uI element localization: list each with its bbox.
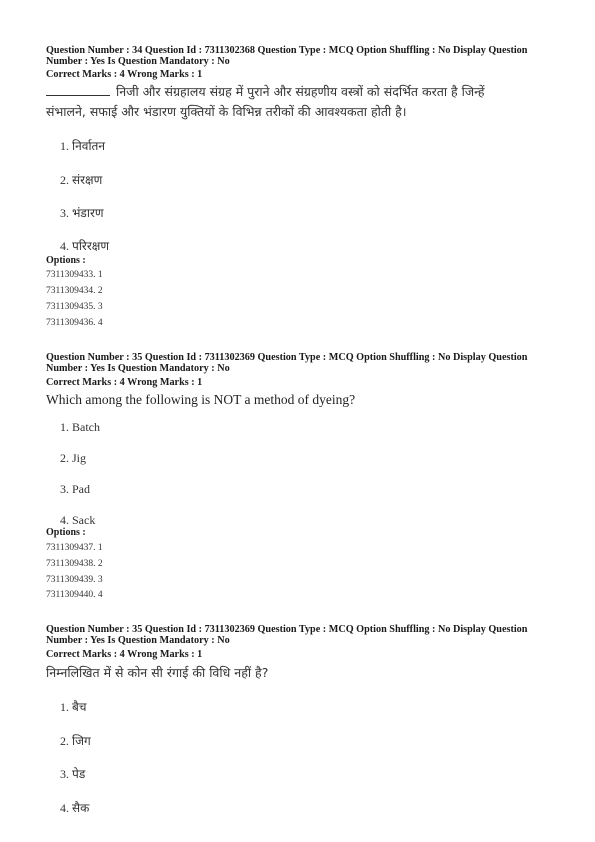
option-number: 2.	[60, 734, 69, 748]
question-text: Which among the following is NOT a metho…	[46, 391, 355, 409]
question-header-line1: Question Number : 35 Question Id : 73113…	[46, 624, 527, 635]
option-text: बैच	[72, 700, 86, 714]
option-text: जिग	[72, 734, 91, 748]
option-id: 7311309434. 2	[46, 286, 103, 296]
option-2: 2. संरक्षण	[60, 171, 102, 188]
option-id: 7311309438. 2	[46, 559, 103, 569]
question-text-line2: संभालने, सफाई और भंडारण युक्तियों के विभ…	[46, 103, 407, 121]
option-1: 1. निर्वातन	[60, 137, 105, 154]
option-2: 2. जिग	[60, 732, 91, 749]
option-2: 2. Jig	[60, 451, 86, 466]
option-text: पेड	[72, 767, 85, 781]
option-id: 7311309440. 4	[46, 590, 103, 600]
option-number: 1.	[60, 139, 69, 153]
question-marks: Correct Marks : 4 Wrong Marks : 1	[46, 69, 202, 80]
option-text: Sack	[72, 513, 95, 527]
option-number: 4.	[60, 801, 69, 815]
option-number: 4.	[60, 239, 69, 253]
option-id: 7311309437. 1	[46, 543, 103, 553]
option-number: 1.	[60, 700, 69, 714]
option-3: 3. Pad	[60, 482, 90, 497]
question-header-line2: Number : Yes Is Question Mandatory : No	[46, 56, 230, 67]
question-marks: Correct Marks : 4 Wrong Marks : 1	[46, 377, 202, 388]
option-1: 1. Batch	[60, 420, 100, 435]
option-number: 1.	[60, 420, 69, 434]
question-text-line1: निजी और संग्रहालय संग्रह में पुराने और स…	[46, 83, 485, 101]
option-number: 3.	[60, 482, 69, 496]
option-id: 7311309439. 3	[46, 575, 103, 585]
option-4: 4. सैक	[60, 799, 89, 816]
options-label: Options :	[46, 527, 86, 538]
option-4: 4. परिरक्षण	[60, 237, 109, 254]
question-header-line1: Question Number : 35 Question Id : 73113…	[46, 352, 527, 363]
question-text: निजी और संग्रहालय संग्रह में पुराने और स…	[116, 84, 485, 99]
fill-in-blank	[46, 83, 110, 96]
option-number: 3.	[60, 767, 69, 781]
option-text: Jig	[72, 451, 86, 465]
option-text: संरक्षण	[72, 173, 102, 187]
option-number: 2.	[60, 451, 69, 465]
option-id: 7311309433. 1	[46, 270, 103, 280]
question-header-line1: Question Number : 34 Question Id : 73113…	[46, 45, 527, 56]
option-text: सैक	[72, 801, 89, 815]
option-4: 4. Sack	[60, 513, 95, 528]
option-text: परिरक्षण	[72, 239, 109, 253]
question-marks: Correct Marks : 4 Wrong Marks : 1	[46, 649, 202, 660]
option-id: 7311309436. 4	[46, 318, 103, 328]
option-text: भंडारण	[72, 206, 104, 220]
option-1: 1. बैच	[60, 698, 86, 715]
option-number: 4.	[60, 513, 69, 527]
question-header-line2: Number : Yes Is Question Mandatory : No	[46, 635, 230, 646]
option-number: 2.	[60, 173, 69, 187]
option-text: Pad	[72, 482, 90, 496]
question-text: निम्नलिखित में से कोन सी रंगाई की विधि न…	[46, 664, 268, 682]
option-text: Batch	[72, 420, 100, 434]
option-3: 3. पेड	[60, 765, 85, 782]
option-text: निर्वातन	[72, 139, 105, 153]
option-3: 3. भंडारण	[60, 204, 104, 221]
question-header-line2: Number : Yes Is Question Mandatory : No	[46, 363, 230, 374]
option-id: 7311309435. 3	[46, 302, 103, 312]
options-label: Options :	[46, 255, 86, 266]
option-number: 3.	[60, 206, 69, 220]
